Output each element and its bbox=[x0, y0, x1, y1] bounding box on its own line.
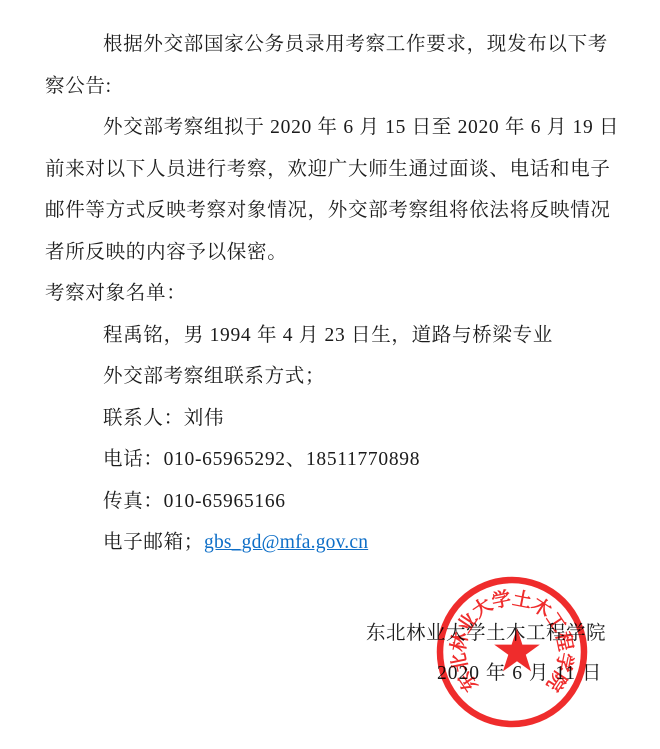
email-link[interactable]: gbs_gd@mfa.gov.cn bbox=[204, 532, 368, 553]
email-label: 电子邮箱； bbox=[103, 532, 204, 553]
body-line: 前来对以下人员进行考察，欢迎广大师生通过面谈、电话和电子 bbox=[45, 149, 617, 191]
body-line: 联系人：刘伟 bbox=[45, 398, 617, 440]
body-line: 传真：010-65965166 bbox=[45, 481, 617, 523]
body-line: 根据外交部国家公务员录用考察工作要求，现发布以下考 bbox=[45, 24, 617, 66]
seal-star-icon bbox=[494, 628, 540, 671]
seal-ring-char: 北 bbox=[447, 651, 472, 674]
body-line: 外交部考察组拟于 2020 年 6 月 15 日至 2020 年 6 月 19 … bbox=[45, 107, 617, 149]
official-seal: 东北林业大学土木工程学院 bbox=[432, 572, 592, 732]
body-line: 外交部考察组联系方式； bbox=[45, 356, 617, 398]
body-line: 者所反映的内容予以保密。 bbox=[45, 232, 617, 274]
body-line: 电话：010-65965292、18511770898 bbox=[45, 439, 617, 481]
body-line-email: 电子邮箱；gbs_gd@mfa.gov.cn bbox=[45, 522, 617, 564]
seal-ring-text: 东北林业大学土木工程学院 bbox=[446, 586, 577, 696]
document-page: 根据外交部国家公务员录用考察工作要求，现发布以下考 察公告: 外交部考察组拟于 … bbox=[0, 0, 660, 749]
body-line: 考察对象名单： bbox=[45, 273, 617, 315]
body-line: 邮件等方式反映考察对象情况，外交部考察组将依法将反映情况 bbox=[45, 190, 617, 232]
body-line: 程禹铭，男 1994 年 4 月 23 日生，道路与桥梁专业 bbox=[45, 315, 617, 357]
seal-ring-char: 学 bbox=[490, 586, 513, 612]
seal-ring-char: 程 bbox=[551, 630, 577, 653]
announcement-body: 根据外交部国家公务员录用考察工作要求，现发布以下考 察公告: 外交部考察组拟于 … bbox=[45, 24, 617, 564]
body-line: 察公告: bbox=[45, 66, 617, 108]
